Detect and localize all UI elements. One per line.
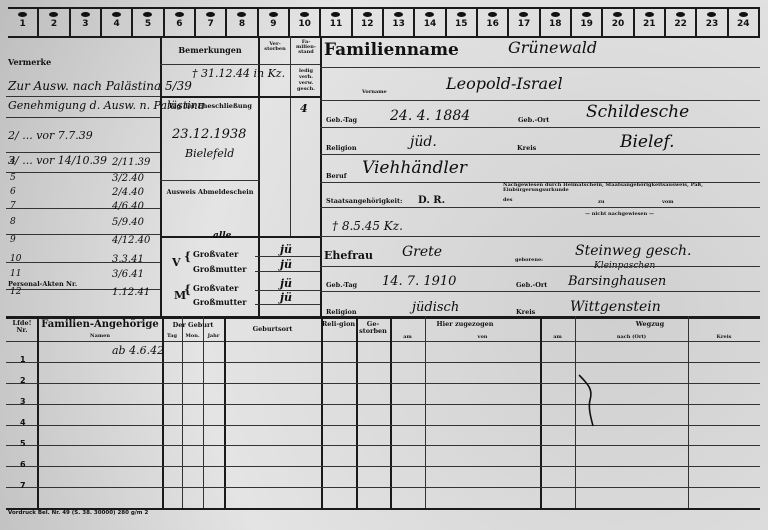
vorname-value: Leopold-Israel bbox=[446, 76, 563, 92]
punch-hole-icon bbox=[425, 12, 434, 17]
tab-number: 7 bbox=[196, 19, 225, 29]
tab-number: 20 bbox=[603, 19, 632, 29]
tab-number: 21 bbox=[635, 19, 664, 29]
vermerk-date: 1.12.41 bbox=[112, 288, 150, 298]
th-lfd-nr: Lfde! Nr. bbox=[8, 320, 36, 333]
punch-hole-icon bbox=[645, 12, 654, 17]
table-row-number: 3 bbox=[20, 397, 26, 406]
kreis-value: Bielef. bbox=[620, 134, 675, 151]
geb-ort-label: Geb.-Ort bbox=[518, 117, 549, 124]
m-grossvater-label: Großvater bbox=[193, 284, 238, 292]
punch-hole-icon bbox=[582, 12, 591, 17]
zu-label: zu bbox=[598, 200, 604, 205]
tab-number: 18 bbox=[541, 19, 570, 29]
punch-hole-icon bbox=[739, 12, 748, 17]
tab-number: 16 bbox=[478, 19, 507, 29]
th-geburtsort: Geburtsort bbox=[224, 326, 321, 333]
ehefrau-label: Ehefrau bbox=[324, 250, 373, 261]
beruf-label: Beruf bbox=[326, 173, 347, 180]
table-row-number: 5 bbox=[20, 439, 26, 448]
vermerk-date: 3.3.41 bbox=[112, 255, 144, 265]
th-nach-ort: nach (Ort) bbox=[575, 335, 688, 340]
death-note: † 8.5.45 Kz. bbox=[332, 220, 403, 232]
vermerk-date: 5/9.40 bbox=[112, 218, 144, 228]
tab-17: 17 bbox=[509, 8, 540, 36]
punch-hole-icon bbox=[613, 12, 622, 17]
tab-number: 2 bbox=[39, 19, 68, 29]
spouse-religion-value: jüdisch bbox=[412, 301, 459, 314]
tab-23: 23 bbox=[697, 8, 728, 36]
v-grossmutter-mark: jü bbox=[280, 259, 292, 270]
vom-label: vom bbox=[662, 200, 674, 205]
punch-hole-icon bbox=[206, 12, 215, 17]
tab-10: 10 bbox=[290, 8, 321, 36]
religion-value: jüd. bbox=[410, 135, 437, 149]
tab-number: 13 bbox=[384, 19, 413, 29]
punch-hole-icon bbox=[237, 12, 246, 17]
punch-hole-icon bbox=[143, 12, 152, 17]
vermerk-date: 4/6.40 bbox=[112, 202, 144, 212]
vermerk-line-3: 2/ ... vor 7.7.39 bbox=[8, 130, 93, 141]
pen-stroke-mark bbox=[575, 370, 605, 440]
tab-number: 17 bbox=[509, 19, 538, 29]
th-angehoerige: Familien-Angehörige bbox=[38, 320, 162, 330]
tab-4: 4 bbox=[102, 8, 133, 36]
vermerk-line-number: 12 bbox=[10, 288, 21, 297]
vorname-label: Vorname bbox=[362, 90, 387, 95]
punch-hole-icon bbox=[519, 12, 528, 17]
tab-number: 22 bbox=[666, 19, 695, 29]
ehefrau-value: Grete bbox=[402, 245, 442, 259]
geborene-label: geborene: bbox=[515, 258, 543, 263]
familienname-value: Grünewald bbox=[508, 40, 597, 56]
tab-number: 12 bbox=[353, 19, 382, 29]
th-mon: Mon. bbox=[182, 334, 203, 339]
beruf-value: Viehhändler bbox=[362, 160, 467, 177]
tab-16: 16 bbox=[478, 8, 509, 36]
tab-number: 3 bbox=[71, 19, 100, 29]
th-der-geburt: Der Geburt bbox=[162, 322, 224, 329]
tab-7: 7 bbox=[196, 8, 227, 36]
th-zugezogen-am: am bbox=[390, 335, 425, 340]
th-wegzug: Wegzug bbox=[540, 321, 760, 328]
verstorben-label: Ver-storben bbox=[260, 42, 290, 52]
tab-number: 1 bbox=[8, 19, 37, 29]
vermerk-line-number: 9 bbox=[10, 236, 16, 245]
th-gestorben: Ge-storben bbox=[356, 321, 390, 334]
tab-number: 14 bbox=[415, 19, 444, 29]
punch-hole-icon bbox=[394, 12, 403, 17]
th-zugezogen: Hier zugezogen bbox=[390, 321, 540, 328]
v-grossmutter-label: Großmutter bbox=[193, 265, 246, 273]
punch-hole-icon bbox=[331, 12, 340, 17]
th-religion: Reli-gion bbox=[321, 321, 356, 328]
tab-22: 22 bbox=[666, 8, 697, 36]
tab-24: 24 bbox=[729, 8, 760, 36]
tab-number: 24 bbox=[729, 19, 758, 29]
tab-12: 12 bbox=[353, 8, 384, 36]
des-label: des bbox=[503, 198, 513, 203]
tab-number: 6 bbox=[165, 19, 194, 29]
geb-tag-label: Geb.-Tag bbox=[326, 117, 357, 124]
spouse-geb-ort-label: Geb.-Ort bbox=[516, 282, 547, 289]
familienstand-options: ledig verh. verw. gesch. bbox=[292, 68, 320, 92]
familienstand-value: 4 bbox=[300, 103, 308, 114]
spouse-geb-tag-label: Geb.-Tag bbox=[326, 282, 357, 289]
vermerk-line-number: 6 bbox=[10, 188, 16, 197]
bemerkungen-label: Bemerkungen bbox=[162, 46, 258, 54]
vermerke-label: Vermerke bbox=[8, 58, 51, 66]
tab-number: 10 bbox=[290, 19, 319, 29]
personal-akten-label: Personal-Akten Nr. bbox=[8, 281, 77, 288]
v-grossvater-label: Großvater bbox=[193, 250, 238, 258]
tab-8: 8 bbox=[227, 8, 258, 36]
ausweis-label: Ausweis Abmeldeschein bbox=[162, 189, 258, 196]
th-namen: Namen bbox=[38, 334, 162, 339]
punch-hole-icon bbox=[457, 12, 466, 17]
spouse-geb-ort-value: Barsinghausen bbox=[568, 275, 666, 288]
punch-hole-icon bbox=[269, 12, 278, 17]
v-label: V bbox=[172, 257, 181, 268]
tab-number: 4 bbox=[102, 19, 131, 29]
vermerk-line-number: 11 bbox=[10, 270, 21, 279]
punch-hole-icon bbox=[81, 12, 90, 17]
geb-ort-value: Schildesche bbox=[586, 104, 689, 121]
eheschliessung-place: Bielefeld bbox=[185, 148, 234, 159]
vermerk-line-number: 7 bbox=[10, 202, 16, 211]
table-row-number: 7 bbox=[20, 481, 26, 490]
table-row-number: 1 bbox=[20, 355, 26, 364]
geborene-value: Steinweg gesch. bbox=[575, 244, 691, 258]
spouse-religion-label: Religion bbox=[326, 309, 357, 316]
m-grossmutter-mark: jü bbox=[280, 292, 292, 303]
bemerkungen-value: † 31.12.44 in Kz. bbox=[192, 68, 285, 79]
punch-hole-icon bbox=[676, 12, 685, 17]
tab-6: 6 bbox=[165, 8, 196, 36]
tab-2: 2 bbox=[39, 8, 70, 36]
vermerk-date: 2/4.40 bbox=[112, 188, 144, 198]
tab-13: 13 bbox=[384, 8, 415, 36]
tab-number: 19 bbox=[572, 19, 601, 29]
table-row-name: ab 4.6.42 bbox=[112, 345, 164, 356]
tab-number: 5 bbox=[133, 19, 162, 29]
form-footer: Vordruck Bel. Nr. 49 (S. 38. 30000) 280 … bbox=[8, 510, 148, 516]
staatsangehoerigkeit-label: Staatsangehörigkeit: bbox=[326, 198, 402, 205]
tab-11: 11 bbox=[321, 8, 352, 36]
punch-hole-icon bbox=[175, 12, 184, 17]
vermerk-date: 2/11.39 bbox=[112, 158, 150, 168]
table-row-number: 4 bbox=[20, 418, 26, 427]
grandparents-note: alle bbox=[213, 232, 231, 241]
tab-9: 9 bbox=[259, 8, 290, 36]
vermerk-line-4: 3/ ... vor 14/10.39 bbox=[8, 155, 107, 166]
tab-18: 18 bbox=[541, 8, 572, 36]
punch-hole-icon bbox=[551, 12, 560, 17]
punch-hole-icon bbox=[488, 12, 497, 17]
vermerk-date: 3/2.40 bbox=[112, 174, 144, 184]
nachgewiesen-text: Nachgewiesen durch Heimatschein, Staatsa… bbox=[503, 183, 761, 193]
vermerk-line-number: 8 bbox=[10, 218, 16, 227]
v-grossvater-mark: jü bbox=[280, 244, 292, 255]
vermerk-line-number: 4 bbox=[10, 158, 16, 167]
table-row-number: 2 bbox=[20, 376, 26, 385]
religion-label: Religion bbox=[326, 145, 357, 152]
kreis-label: Kreis bbox=[517, 145, 536, 152]
eheschliessung-date: 23.12.1938 bbox=[172, 128, 246, 141]
tab-19: 19 bbox=[572, 8, 603, 36]
tab-14: 14 bbox=[415, 8, 446, 36]
tab-number: 8 bbox=[227, 19, 256, 29]
spouse-kreis-value: Wittgenstein bbox=[570, 300, 661, 314]
familienname-label: Familienname bbox=[324, 42, 459, 59]
table-row-number: 6 bbox=[20, 460, 26, 469]
punch-hole-icon bbox=[49, 12, 58, 17]
tab-1: 1 bbox=[8, 8, 39, 36]
punch-hole-icon bbox=[18, 12, 27, 17]
vermerk-line-1: Zur Ausw. nach Palästina 5/39 bbox=[8, 80, 192, 92]
nicht-nachgewiesen: — nicht nachgewiesen — bbox=[585, 212, 654, 217]
vermerk-date: 4/12.40 bbox=[112, 236, 150, 246]
th-jahr: Jahr bbox=[203, 334, 224, 339]
tab-5: 5 bbox=[133, 8, 164, 36]
familienstand-label: Fa-milien-stand bbox=[292, 40, 320, 55]
tab-number: 11 bbox=[321, 19, 350, 29]
spouse-kreis-label: Kreis bbox=[516, 309, 535, 316]
tab-number: 15 bbox=[447, 19, 476, 29]
tab-20: 20 bbox=[603, 8, 634, 36]
th-kreis: Kreis bbox=[688, 335, 760, 340]
tab-3: 3 bbox=[71, 8, 102, 36]
eheschliessung-label: Tag der Eheschließung bbox=[162, 103, 258, 110]
tab-21: 21 bbox=[635, 8, 666, 36]
vermerk-line-number: 10 bbox=[10, 255, 21, 264]
registration-card: 123456789101112131415161718192021222324 … bbox=[0, 0, 768, 530]
spouse-geb-tag-value: 14. 7. 1910 bbox=[382, 275, 456, 288]
tab-number: 9 bbox=[259, 19, 288, 29]
staatsangehoerigkeit-value: D. R. bbox=[418, 196, 445, 206]
tab-number: 23 bbox=[697, 19, 726, 29]
m-grossvater-mark: jü bbox=[280, 278, 292, 289]
punch-hole-icon bbox=[363, 12, 372, 17]
vermerk-line-number: 5 bbox=[10, 174, 16, 183]
th-wegzug-am: am bbox=[540, 335, 575, 340]
th-zugezogen-von: von bbox=[425, 335, 540, 340]
punch-hole-icon bbox=[300, 12, 309, 17]
vermerk-date: 3/6.41 bbox=[112, 270, 144, 280]
th-tag: Tag bbox=[162, 334, 182, 339]
punch-hole-icon bbox=[707, 12, 716, 17]
punch-hole-icon bbox=[112, 12, 121, 17]
geb-tag-value: 24. 4. 1884 bbox=[390, 109, 470, 123]
tab-15: 15 bbox=[447, 8, 478, 36]
m-grossmutter-label: Großmutter bbox=[193, 298, 246, 306]
